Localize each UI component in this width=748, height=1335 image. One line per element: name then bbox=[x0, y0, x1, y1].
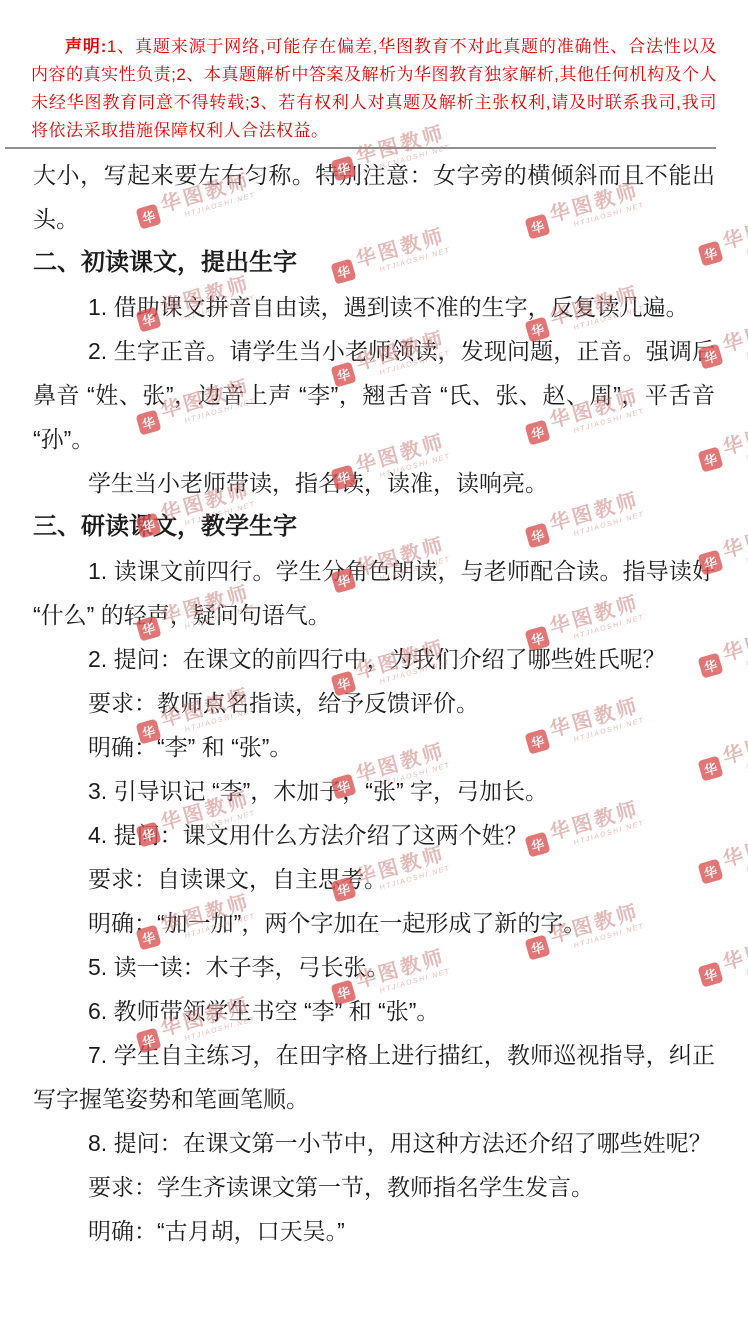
paragraph: 学生当小老师带读，指名读，读准，读响亮。 bbox=[33, 461, 715, 505]
disclaimer-text: 1、真题来源于网络,可能存在偏差,华图教育不对此真题的准确性、合法性以及内容的真… bbox=[31, 37, 717, 140]
paragraph: 6. 教师带领学生书空 “李” 和 “张”。 bbox=[33, 989, 715, 1033]
paragraph: 要求：教师点名指读，给予反馈评价。 bbox=[33, 681, 715, 725]
paragraph: 大小，写起来要左右匀称。特别注意：女字旁的横倾斜而且不能出头。 bbox=[33, 153, 715, 241]
lesson-plan-content: 大小，写起来要左右匀称。特别注意：女字旁的横倾斜而且不能出头。二、初读课文，提出… bbox=[33, 153, 715, 1253]
paragraph: 1. 读课文前四行。学生分角色朗读，与老师配合读。指导读好 “什么” 的轻声，疑… bbox=[33, 549, 715, 637]
paragraph: 5. 读一读：木子李，弓长张。 bbox=[33, 945, 715, 989]
disclaimer-paragraph: 声明:1、真题来源于网络,可能存在偏差,华图教育不对此真题的准确性、合法性以及内… bbox=[31, 33, 717, 145]
paragraph: 明确：“李” 和 “张”。 bbox=[33, 725, 715, 769]
paragraph: 3. 引导识记 “李”，木加子，“张” 字，弓加长。 bbox=[33, 769, 715, 813]
disclaimer-label: 声明: bbox=[65, 37, 107, 56]
paragraph: 2. 生字正音。请学生当小老师领读，发现问题，正音。强调后鼻音 “姓、张”，边音… bbox=[33, 329, 715, 461]
section-heading: 三、研读课文，教学生字 bbox=[33, 505, 715, 549]
paragraph: 1. 借助课文拼音自由读，遇到读不准的生字，反复读几遍。 bbox=[33, 285, 715, 329]
paragraph: 4. 提问：课文用什么方法介绍了这两个姓？ bbox=[33, 813, 715, 857]
paragraph: 明确：“古月胡，口天吴。” bbox=[33, 1209, 715, 1253]
paragraph: 7. 学生自主练习，在田字格上进行描红，教师巡视指导，纠正写字握笔姿势和笔画笔顺… bbox=[33, 1033, 715, 1121]
paragraph: 明确：“加一加”，两个字加在一起形成了新的字。 bbox=[33, 901, 715, 945]
section-heading: 二、初读课文，提出生字 bbox=[33, 241, 715, 285]
paragraph: 要求：自读课文，自主思考。 bbox=[33, 857, 715, 901]
document-page: 华 华图教师 HTJIAOSHI.NET 华 华图教师 HTJIAOSHI.NE… bbox=[0, 0, 748, 1335]
paragraph: 要求：学生齐读课文第一节，教师指名学生发言。 bbox=[33, 1165, 715, 1209]
document-body: 声明:1、真题来源于网络,可能存在偏差,华图教育不对此真题的准确性、合法性以及内… bbox=[0, 33, 748, 1253]
paragraph: 2. 提问：在课文的前四行中，为我们介绍了哪些姓氏呢？ bbox=[33, 637, 715, 681]
paragraph: 8. 提问：在课文第一小节中，用这种方法还介绍了哪些姓呢？ bbox=[33, 1121, 715, 1165]
divider-line bbox=[5, 147, 716, 149]
